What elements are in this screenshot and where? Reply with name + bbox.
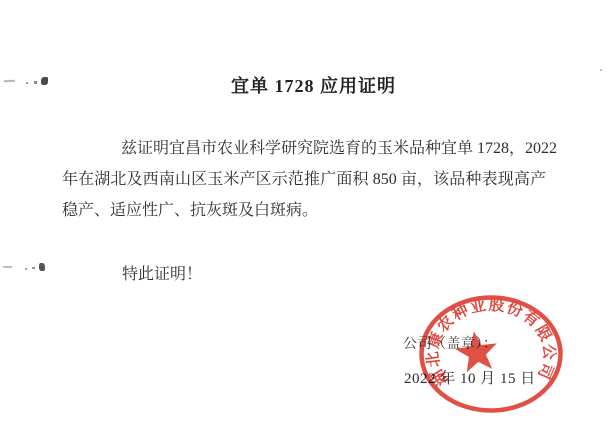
body-line-3: 稳产、适应性广、抗灰斑及白斑病。 (62, 195, 546, 226)
certificate-page: 宜单 1728 应用证明 兹证明宜昌市农业科学研究院选育的玉米品种宜单 1728… (0, 0, 607, 441)
scan-noise-mark (32, 267, 35, 269)
company-seal-stamp: 湖北康农种业股份有限公司 (401, 279, 581, 429)
seal-arc-text-container: 湖北康农种业股份有限公司 (423, 295, 558, 389)
scan-noise-mark (25, 268, 27, 270)
body-line-2: 年在湖北及西南山区玉米产区示范推广面积 850 亩，该品种表现高产 (62, 164, 546, 195)
star-icon (453, 328, 500, 373)
seal-ring (422, 298, 561, 411)
page-title: 宜单 1728 应用证明 (10, 72, 607, 98)
body-paragraph: 兹证明宜昌市农业科学研究院选育的玉米品种宜单 1728，2022 年在湖北及西南… (62, 133, 546, 226)
scan-noise-mark (39, 263, 45, 271)
scan-noise-mark (3, 266, 12, 268)
body-line-1: 兹证明宜昌市农业科学研究院选育的玉米品种宜单 1728，2022 (62, 133, 546, 164)
seal-arc-text: 湖北康农种业股份有限公司 (423, 295, 558, 389)
closing-statement: 特此证明！ (122, 259, 202, 290)
scan-noise-mark (600, 69, 602, 71)
